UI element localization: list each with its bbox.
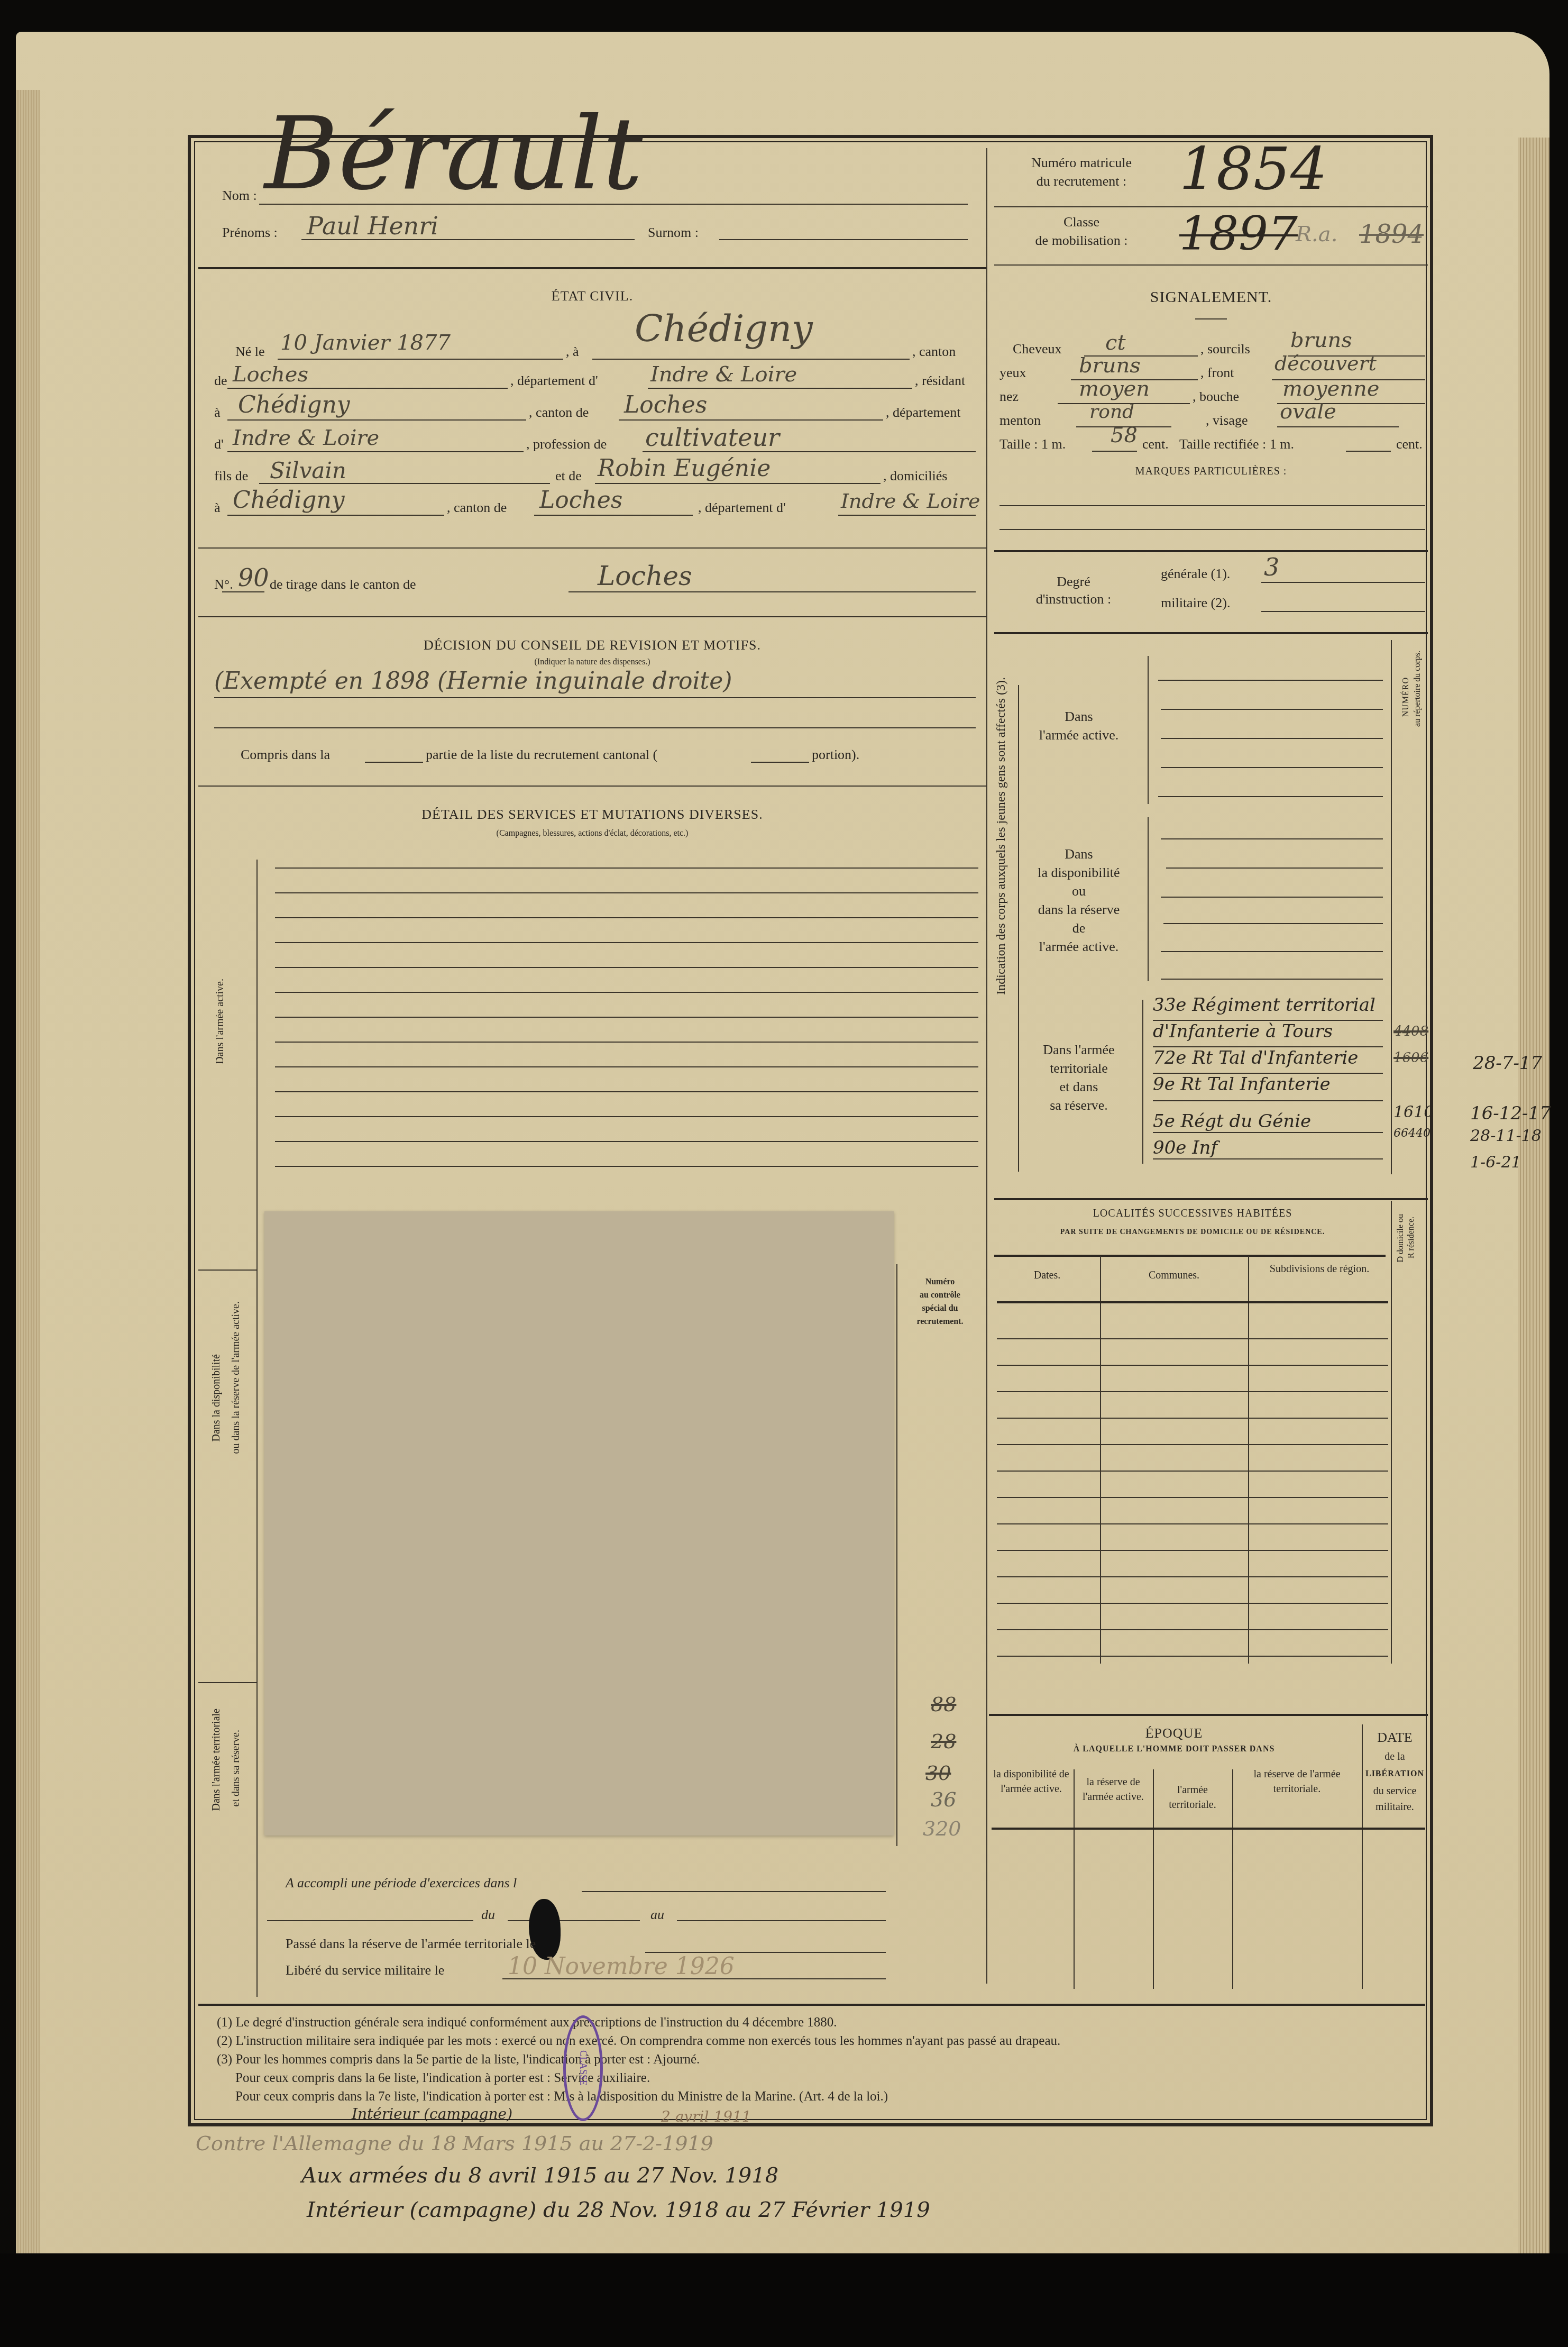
localites-title: LOCALITÉS SUCCESSIVES HABITÉES — [994, 1208, 1391, 1220]
corps-bracket — [1018, 685, 1019, 1172]
localites-row — [997, 1576, 1388, 1577]
nom-underline — [259, 204, 968, 205]
liberation-label-2: de la — [1362, 1751, 1428, 1763]
decision-value: (Exempté en 1898 (Hernie inguinale droit… — [214, 668, 732, 695]
dispo-label-5: de — [1023, 920, 1134, 936]
numero-controle-3: spécial du — [896, 1304, 984, 1313]
footnote-2: (2) L'instruction militaire sera indiqué… — [217, 2034, 1060, 2049]
localites-row — [997, 1471, 1388, 1472]
nom-label: Nom : — [222, 188, 257, 204]
liberation-label-4: du service — [1362, 1785, 1428, 1797]
localites-row — [997, 1629, 1388, 1630]
taille-value: 58 — [1111, 423, 1138, 448]
exercices-underline — [582, 1891, 886, 1892]
active-line — [1161, 738, 1383, 739]
domicile-departement-value: Indre & Loire — [841, 489, 980, 513]
domicile-canton-underline — [534, 515, 693, 516]
side-divider-2 — [198, 1682, 256, 1683]
liberation-label-3: LIBÉRATION — [1362, 1769, 1428, 1779]
classe-label-1: Classe — [994, 214, 1169, 230]
residant-departement-value: Indre & Loire — [233, 426, 379, 450]
tirage-underline — [222, 591, 264, 592]
col-dates: Dates. — [994, 1270, 1100, 1282]
ne-le-underline — [278, 359, 563, 360]
active-label-1: Dans — [1023, 709, 1134, 725]
service-line — [275, 967, 978, 968]
numero-controle-2: au contrôle — [896, 1291, 984, 1300]
territoriale-date: 28-7-17 — [1473, 1053, 1542, 1074]
matricule-label-1: Numéro matricule — [994, 155, 1169, 171]
footnote-3: (3) Pour les hommes compris dans la 5e p… — [217, 2052, 700, 2067]
residant-departement-label: , département — [886, 405, 961, 421]
corps-vertical-label: Indication des corps auxquels les jeunes… — [994, 677, 1008, 995]
domicilies-label: , domiciliés — [883, 468, 947, 484]
decision-title: DÉCISION DU CONSEIL DE REVISION ET MOTIF… — [198, 637, 986, 653]
numero-controle-1: Numéro — [896, 1277, 984, 1287]
departement-label: , département d' — [510, 373, 598, 389]
degre-label-1: Degré — [994, 574, 1153, 590]
et-de-label: et de — [555, 468, 582, 484]
compris-label-3: portion). — [812, 747, 859, 763]
decision-divider — [198, 786, 986, 787]
compris-label-2: partie de la liste du recrutement canton… — [426, 747, 657, 763]
domicile-departement-underline — [838, 515, 976, 516]
menton-value: rond — [1089, 401, 1134, 423]
decision-underline-2 — [214, 727, 976, 728]
localites-subtitle: PAR SUITE DE CHANGEMENTS DE DOMICILE OU … — [994, 1228, 1391, 1237]
territoriale-date: 28-11-18 — [1470, 1127, 1542, 1145]
col-communes: Communes. — [1100, 1270, 1248, 1282]
epoque-subtitle: À LAQUELLE L'HOMME DOIT PASSER DANS — [989, 1745, 1359, 1754]
side-dispo-label-1: Dans la disponibilité — [210, 1354, 223, 1442]
side-territoriale-label-2: et dans sa réserve. — [230, 1730, 242, 1807]
taille-cent: cent. — [1142, 436, 1169, 452]
militaire-underline — [1261, 611, 1425, 612]
scan-background — [0, 2253, 1568, 2347]
active-line — [1158, 796, 1383, 797]
active-line — [1158, 680, 1383, 681]
yeux-value: bruns — [1079, 353, 1141, 378]
localites-row — [997, 1550, 1388, 1551]
nom-value: Bérault — [264, 95, 643, 212]
pere-value: Silvain — [270, 458, 346, 483]
epoque-col-divider — [1232, 1769, 1233, 1989]
residant-canton-underline — [619, 419, 883, 421]
territoriale-label-1: Dans l'armée — [1023, 1042, 1134, 1058]
service-line — [275, 992, 978, 993]
dispo-line — [1161, 838, 1383, 839]
du-label: du — [481, 1907, 495, 1923]
profession-value: cultivateur — [645, 423, 780, 452]
taille-rectifiee-underline — [1346, 451, 1391, 452]
territoriale-numero: 1606 — [1393, 1050, 1428, 1066]
libere-underline — [502, 1978, 886, 1979]
numero-controle-divider — [896, 1264, 897, 1846]
libere-value: 10 Novembre 1926 — [508, 1953, 735, 1980]
compris-partie-blank — [365, 762, 423, 763]
territoriale-corps: 5e Régt du Génie — [1153, 1111, 1311, 1132]
service-line — [275, 1091, 978, 1092]
profession-underline — [643, 451, 976, 452]
visage-value: ovale — [1280, 399, 1336, 424]
side-territoriale-label-1: Dans l'armée territoriale — [210, 1709, 223, 1811]
bouche-value: moyenne — [1282, 377, 1379, 401]
signalement-title-rule — [1195, 318, 1227, 319]
dispo-label-1: Dans — [1023, 846, 1134, 862]
visage-label: , visage — [1206, 413, 1248, 428]
service-line — [275, 1141, 978, 1142]
residant-canton-value: Loches — [624, 391, 707, 418]
tirage-no-label: N°. — [214, 577, 233, 592]
dispo-line — [1161, 951, 1383, 952]
residant-label: , résidant — [915, 373, 965, 389]
domicile-underline — [227, 515, 444, 516]
localites-side-divider — [1391, 1201, 1392, 1664]
numero-label-1: NUMÉRO — [1401, 677, 1411, 717]
service-line — [275, 917, 978, 918]
front-label: , front — [1200, 365, 1234, 381]
departement-underline — [648, 388, 912, 389]
lieu-naissance-value: Chédigny — [635, 307, 813, 350]
localites-row — [997, 1523, 1388, 1524]
territoriale-corps: 90e Inf — [1153, 1137, 1217, 1158]
canton-value: Loches — [233, 362, 308, 387]
liberation-label-1: DATE — [1362, 1730, 1428, 1746]
surnom-label: Surnom : — [648, 225, 699, 241]
localites-divider — [989, 1714, 1428, 1716]
margin-number: 320 — [923, 1817, 961, 1840]
dispo-line — [1161, 979, 1383, 980]
domicile-departement-label: , département d' — [698, 500, 786, 516]
header-divider — [198, 267, 986, 269]
classe-value-struck: 1897 — [1179, 206, 1298, 261]
au-label: au — [650, 1907, 664, 1923]
numero-label-2: au répertoire du corps. — [1413, 651, 1423, 727]
nez-value: moyen — [1079, 377, 1150, 401]
dispo-line — [1163, 923, 1383, 924]
ne-le-label: Né le — [235, 344, 265, 360]
sourcils-value: bruns — [1290, 328, 1352, 352]
epoque-header-rule — [992, 1828, 1425, 1830]
liberation-label-5: militaire. — [1362, 1801, 1428, 1813]
liberation-divider — [1362, 1724, 1363, 1989]
active-bracket — [1148, 656, 1149, 804]
dispo-bracket — [1148, 817, 1149, 981]
localites-side-label-2: R résidence. — [1407, 1217, 1416, 1258]
localites-col-header-rule — [997, 1301, 1388, 1303]
decision-subtitle: (Indiquer la nature des dispenses.) — [198, 657, 986, 667]
exercices-blank — [267, 1920, 473, 1921]
active-line — [1161, 767, 1383, 768]
residant-underline — [227, 419, 526, 421]
de-label: de — [214, 373, 227, 389]
a-label: , à — [566, 344, 579, 360]
decision-underline-1 — [214, 697, 976, 698]
numero-controle-4: recrutement. — [896, 1317, 984, 1327]
epoque-title: ÉPOQUE — [989, 1725, 1359, 1741]
dispo-label-2: la disponibilité — [1023, 865, 1134, 881]
dispo-label-4: dans la réserve — [1023, 902, 1134, 918]
yeux-label: yeux — [1000, 365, 1026, 381]
footnotes-divider — [198, 2004, 1425, 2006]
service-line — [275, 1017, 978, 1018]
marques-line-1 — [1000, 505, 1425, 506]
footer-note-1: Intérieur (campagne) — [352, 2105, 512, 2123]
territoriale-numero: 1610 — [1393, 1103, 1434, 1121]
service-line — [275, 892, 978, 893]
territoriale-line — [1153, 1100, 1383, 1101]
cheveux-label: Cheveux — [1013, 341, 1061, 357]
service-line — [275, 1066, 978, 1067]
margin-number: 30 — [925, 1761, 951, 1785]
domicile-canton-value: Loches — [539, 487, 622, 514]
classe-annotation: R.a. — [1296, 222, 1337, 246]
purple-stamp: CLASSE — [563, 2015, 603, 2121]
localites-row — [997, 1338, 1388, 1339]
exercices-label: A accompli une période d'exercices dans … — [286, 1875, 517, 1891]
sourcils-label: , sourcils — [1200, 341, 1250, 357]
fils-de-label: fils de — [214, 468, 248, 484]
surnom-underline — [719, 239, 968, 240]
taille-underline — [1092, 451, 1137, 452]
service-line — [275, 1042, 978, 1043]
localites-row — [997, 1497, 1388, 1498]
localites-row — [997, 1444, 1388, 1445]
mere-underline — [595, 483, 881, 484]
prenoms-label: Prénoms : — [222, 225, 278, 241]
tirage-canton-underline — [568, 591, 976, 592]
epoque-col-reserve-territoriale: la réserve de l'armée territoriale. — [1232, 1767, 1362, 1796]
taille-rectifiee-cent: cent. — [1396, 436, 1423, 452]
epoque-col-reserve-active: la réserve de l'armée active. — [1074, 1775, 1153, 1804]
profession-label: , profession de — [526, 436, 607, 452]
dispo-line — [1166, 867, 1383, 869]
territoriale-date: 1-6-21 — [1470, 1153, 1521, 1172]
side-active-label: Dans l'armée active. — [214, 979, 226, 1064]
territoriale-label-4: sa réserve. — [1023, 1098, 1134, 1113]
signalement-title: SIGNALEMENT. — [994, 288, 1428, 306]
epoque-col-disponibilite: la disponibilité de l'armée active. — [989, 1767, 1074, 1796]
campaign-note-1: Contre l'Allemagne du 18 Mars 1915 au 27… — [196, 2132, 713, 2155]
front-value: découvert — [1274, 352, 1377, 375]
residant-value: Chédigny — [238, 391, 350, 418]
domicile-a-label: à — [214, 500, 221, 516]
nez-label: nez — [1000, 389, 1019, 405]
services-subtitle: (Campagnes, blessures, actions d'éclat, … — [198, 829, 986, 838]
lieu-underline — [592, 359, 910, 360]
marques-label: MARQUES PARTICULIÈRES : — [994, 465, 1428, 478]
territoriale-line — [1153, 1158, 1383, 1159]
territoriale-label-3: et dans — [1023, 1079, 1134, 1095]
service-line — [275, 942, 978, 943]
margin-number: 88 — [931, 1693, 956, 1716]
localites-row — [997, 1656, 1388, 1657]
departement-value: Indre & Loire — [650, 362, 797, 387]
localites-header-rule — [994, 1255, 1386, 1257]
classe-value-2-struck: 1894 — [1359, 220, 1424, 249]
generale-label: générale (1). — [1161, 566, 1230, 582]
menton-label: menton — [1000, 413, 1041, 428]
corps-divider — [994, 1198, 1428, 1200]
stamp-text: CLASSE — [577, 2050, 589, 2086]
footnote-1: (1) Le degré d'instruction générale sera… — [217, 2015, 837, 2030]
au-underline — [677, 1920, 886, 1921]
campaign-note-3: Intérieur (campagne) du 28 Nov. 1918 au … — [307, 2198, 930, 2222]
territoriale-corps: 9e Rt Tal Infanterie — [1153, 1074, 1331, 1095]
degre-label-2: d'instruction : — [994, 591, 1153, 607]
mere-value: Robin Eugénie — [598, 455, 771, 482]
dispo-label-6: l'armée active. — [1023, 939, 1134, 955]
service-line — [275, 1166, 978, 1167]
bouche-label: , bouche — [1193, 389, 1239, 405]
residant-a-label: à — [214, 405, 221, 421]
instruction-divider — [994, 632, 1428, 634]
cheveux-value: ct — [1105, 331, 1125, 355]
etat-civil-divider — [198, 547, 986, 549]
margin-number: 28 — [931, 1730, 956, 1753]
etat-civil-title: ÉTAT CIVIL. — [198, 288, 986, 304]
epoque-col-territoriale: l'armée territoriale. — [1153, 1783, 1232, 1812]
domicile-canton-label: , canton de — [447, 500, 507, 516]
compris-label-1: Compris dans la — [241, 747, 330, 763]
localites-row — [997, 1418, 1388, 1419]
territoriale-corps: 72e Rt Tal d'Infanterie — [1153, 1047, 1358, 1069]
compris-portion-blank — [751, 762, 809, 763]
matricule-value: 1854 — [1179, 135, 1327, 203]
classe-label-2: de mobilisation : — [994, 233, 1169, 249]
dispo-label-3: ou — [1023, 883, 1134, 899]
taille-label: Taille : 1 m. — [1000, 436, 1066, 452]
residant-canton-label: , canton de — [529, 405, 589, 421]
territoriale-numero: 4408 — [1393, 1024, 1428, 1039]
page-stack-left — [16, 90, 40, 2312]
militaire-label: militaire (2). — [1161, 595, 1230, 611]
margin-number: 36 — [931, 1788, 956, 1811]
territoriale-date: 16-12-17 — [1470, 1103, 1551, 1124]
marques-line-2 — [1000, 529, 1425, 530]
footnote-5: Pour ceux compris dans la 7e liste, l'in… — [235, 2089, 888, 2104]
localites-side-label-1: D domicile ou — [1396, 1214, 1406, 1263]
territoriale-line — [1153, 1132, 1383, 1133]
libere-label: Libéré du service militaire le — [286, 1962, 444, 1978]
numero-divider — [1391, 640, 1392, 1174]
tirage-divider — [198, 616, 986, 617]
tirage-canton-value: Loches — [598, 561, 692, 591]
signalement-divider — [994, 550, 1428, 552]
prenoms-underline — [301, 239, 635, 240]
dept-prefix: d' — [214, 436, 224, 452]
dispo-line — [1161, 897, 1383, 898]
passe-label: Passé dans la réserve de l'armée territo… — [286, 1936, 536, 1952]
localites-row — [997, 1365, 1388, 1366]
territoriale-bracket — [1142, 1000, 1143, 1164]
generale-value: 3 — [1264, 553, 1279, 581]
service-line — [275, 867, 978, 869]
localites-row — [997, 1603, 1388, 1604]
services-title: DÉTAIL DES SERVICES ET MUTATIONS DIVERSE… — [198, 807, 986, 823]
pasted-paper-patch — [264, 1211, 894, 1835]
services-side-divider — [256, 860, 258, 1997]
footer-note-2: 2 avril 1911 — [661, 2108, 751, 2125]
service-line — [275, 1116, 978, 1117]
matricule-label-2: du recrutement : — [994, 173, 1169, 189]
generale-underline — [1261, 582, 1425, 583]
canton-underline — [227, 388, 508, 389]
tirage-no-value: 90 — [238, 563, 269, 592]
domicile-value: Chédigny — [233, 487, 345, 514]
territoriale-corps: 33e Régiment territorial — [1153, 994, 1376, 1016]
du-underline — [508, 1920, 640, 1921]
active-label-2: l'armée active. — [1023, 727, 1134, 743]
residant-departement-underline — [227, 451, 524, 452]
canton-label: , canton — [912, 344, 956, 360]
side-divider-1 — [198, 1270, 256, 1271]
localites-row — [997, 1391, 1388, 1392]
campaign-note-2: Aux armées du 8 avril 1915 au 27 Nov. 19… — [301, 2163, 778, 2188]
territoriale-label-2: territoriale — [1023, 1061, 1134, 1076]
side-dispo-label-2: ou dans la réserve de l'armée active. — [230, 1301, 242, 1454]
ne-le-value: 10 Janvier 1877 — [280, 331, 451, 355]
classe-divider — [994, 264, 1428, 266]
column-divider — [986, 148, 987, 1984]
visage-underline — [1277, 426, 1399, 427]
prenoms-value: Paul Henri — [307, 212, 438, 240]
col-subdivisions: Subdivisions de région. — [1248, 1263, 1391, 1275]
territoriale-corps: d'Infanterie à Tours — [1153, 1021, 1333, 1042]
active-line — [1161, 709, 1383, 710]
pere-underline — [259, 483, 550, 484]
tirage-label: de tirage dans le canton de — [270, 577, 416, 592]
taille-rectifiee-label: Taille rectifiée : 1 m. — [1179, 436, 1294, 452]
territoriale-numero: 66440 — [1393, 1127, 1431, 1140]
page-stack-right — [1518, 138, 1549, 2253]
